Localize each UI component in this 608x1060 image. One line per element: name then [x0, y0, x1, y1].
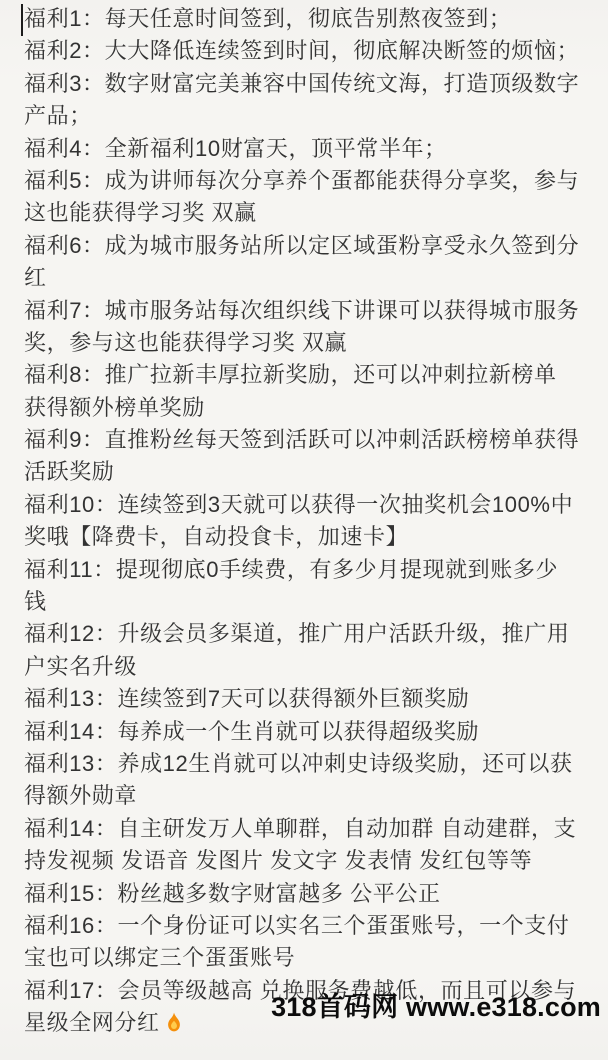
- text-cursor: [21, 4, 23, 36]
- text-line: 福利2：大大降低连续签到时间，彻底解决断签的烦恼；: [24, 35, 590, 67]
- text-line: 福利13：连续签到7天可以获得额外巨额奖励: [24, 683, 590, 715]
- text-line: 福利11：提现彻底0手续费，有多少月提现就到账多少: [24, 554, 590, 586]
- text-line: 福利8：推广拉新丰厚拉新奖励，还可以冲刺拉新榜单: [24, 359, 590, 391]
- watermark-text: 318首码网 www.e318.com: [271, 992, 601, 1022]
- text-line: 产品；: [24, 100, 590, 132]
- text-line: 福利10：连续签到3天就可以获得一次抽奖机会100%中: [24, 489, 590, 521]
- text-line: 福利13：养成12生肖就可以冲刺史诗级奖励，还可以获: [24, 748, 590, 780]
- text-line: 福利14：每养成一个生肖就可以获得超级奖励: [24, 716, 590, 748]
- text-line: 奖，参与这也能获得学习奖 双赢: [24, 327, 590, 359]
- fire-icon: [163, 1010, 185, 1034]
- text-line: 活跃奖励: [24, 456, 590, 488]
- text-line: 持发视频 发语音 发图片 发文字 发表情 发红包等等: [24, 845, 590, 877]
- text-document-page: 福利1：每天任意时间签到，彻底告别熬夜签到；福利2：大大降低连续签到时间，彻底解…: [0, 0, 608, 1060]
- text-line: 红: [24, 262, 590, 294]
- text-line: 福利1：每天任意时间签到，彻底告别熬夜签到；: [24, 3, 590, 35]
- text-line: 福利16：一个身份证可以实名三个蛋蛋账号，一个支付: [24, 910, 590, 942]
- text-line: 户实名升级: [24, 651, 590, 683]
- text-line: 福利15：粉丝越多数字财富越多 公平公正: [24, 878, 590, 910]
- text-line: 福利14：自主研发万人单聊群，自动加群 自动建群，支: [24, 813, 590, 845]
- text-line: 钱: [24, 586, 590, 618]
- text-line: 福利7：城市服务站每次组织线下讲课可以获得城市服务: [24, 295, 590, 327]
- text-line: 福利5：成为讲师每次分享养个蛋都能获得分享奖，参与: [24, 165, 590, 197]
- text-line: 奖哦【降费卡，自动投食卡，加速卡】: [24, 521, 590, 553]
- text-line: 这也能获得学习奖 双赢: [24, 197, 590, 229]
- text-line: 福利3：数字财富完美兼容中国传统文海，打造顶级数字: [24, 68, 590, 100]
- text-line: 福利12：升级会员多渠道，推广用户活跃升级，推广用: [24, 618, 590, 650]
- text-line: 福利6：成为城市服务站所以定区域蛋粉享受永久签到分: [24, 230, 590, 262]
- text-line: 获得额外榜单奖励: [24, 392, 590, 424]
- text-line: 得额外勋章: [24, 780, 590, 812]
- watermark: 318首码网 www.e318.com: [240, 954, 601, 1055]
- benefit-list-text-area[interactable]: 福利1：每天任意时间签到，彻底告别熬夜签到；福利2：大大降低连续签到时间，彻底解…: [24, 3, 590, 1040]
- text-line: 福利9：直推粉丝每天签到活跃可以冲刺活跃榜榜单获得: [24, 424, 590, 456]
- text-line: 福利4：全新福利10财富天，顶平常半年；: [24, 133, 590, 165]
